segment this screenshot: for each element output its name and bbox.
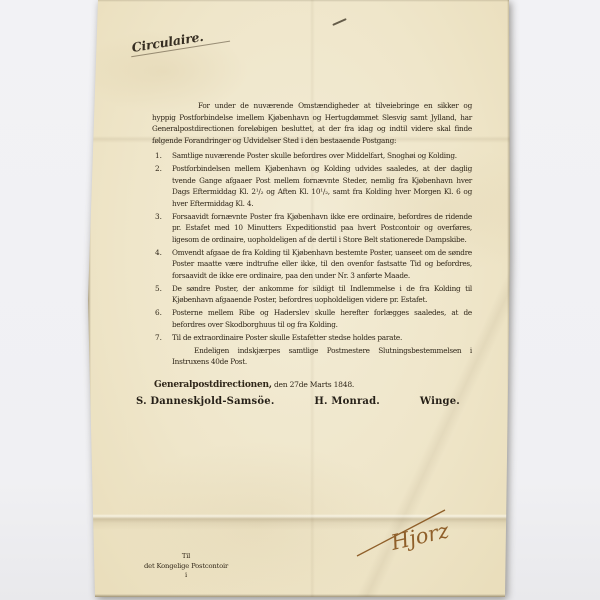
item-text: Til de extraordinaire Poster skulle Esta… (172, 333, 402, 342)
item-text: Posterne mellem Ribe og Haderslev skulle… (172, 308, 472, 329)
issue-date: den 27de Marts 1848. (272, 380, 354, 389)
list-item-7: 7. Til de extraordinaire Poster skulle E… (172, 332, 472, 344)
item-number: 3. (155, 211, 162, 223)
printed-signature-3: Winge. (420, 396, 460, 407)
paper-edge-top (88, 0, 510, 2)
paper-shadow-wrap: Circulaire. For under de nuværende Omstæ… (0, 0, 600, 600)
signature-row: S. Danneskjold-Samsöe. H. Monrad. Winge. (136, 396, 460, 407)
item-text: Samtlige nuværende Poster skulle befordr… (172, 151, 457, 160)
photo-background: Circulaire. For under de nuværende Omstæ… (0, 0, 600, 600)
item-number: 5. (155, 283, 162, 295)
handwritten-signature: Hjorz (355, 506, 481, 564)
printed-signature-1: S. Danneskjold-Samsöe. (136, 396, 275, 407)
item-number: 2. (155, 163, 162, 175)
item-text: De søndre Poster, der ankomme for sildig… (172, 284, 472, 305)
paper-edge-left (88, 0, 91, 597)
list-item-5: 5. De søndre Poster, der ankomme for sil… (172, 283, 472, 306)
list-item-6: 6. Posterne mellem Ribe og Haderslev sku… (172, 307, 472, 330)
item-number: 1. (155, 150, 162, 162)
signature-name-text: Hjorz (388, 518, 452, 555)
item-number: 4. (155, 247, 162, 259)
printed-signature-2: H. Monrad. (314, 396, 380, 407)
item-number: 6. (155, 307, 162, 319)
list-item-1: 1. Samtlige nuværende Poster skulle befo… (172, 150, 472, 162)
address-line-1: Til (121, 552, 251, 562)
document-body: For under de nuværende Omstændigheder at… (152, 100, 472, 391)
address-line-2: det Kongelige Postcontoir (121, 562, 251, 572)
intro-paragraph: For under de nuværende Omstændigheder at… (152, 100, 472, 146)
item-text: Omvendt afgaae de fra Kolding til Kjøben… (172, 248, 472, 280)
item-number: 7. (155, 332, 162, 344)
list-item-4: 4. Omvendt afgaae de fra Kolding til Kjø… (172, 247, 472, 282)
dateline: Generalpostdirectionen, den 27de Marts 1… (154, 379, 472, 392)
closing-paragraph: Endeligen indskjærpes samtlige Postmeste… (172, 345, 472, 368)
ink-mark (332, 18, 347, 26)
recipient-address: Til det Kongelige Postcontoir i (121, 552, 251, 581)
paper-edge-right (507, 0, 510, 597)
item-text: Postforbindelsen mellem Kjøbenhavn og Ko… (172, 164, 472, 208)
numbered-list: 1. Samtlige nuværende Poster skulle befo… (152, 150, 472, 343)
address-line-3: i (121, 571, 251, 581)
item-text: Forsaavidt fornævnte Poster fra Kjøbenha… (172, 212, 472, 244)
list-item-2: 2. Postforbindelsen mellem Kjøbenhavn og… (172, 163, 472, 209)
document-paper: Circulaire. For under de nuværende Omstæ… (88, 0, 510, 597)
issuing-authority: Generalpostdirectionen, (154, 380, 272, 390)
paper-edge-bottom (88, 594, 510, 597)
list-item-3: 3. Forsaavidt fornævnte Poster fra Kjøbe… (172, 211, 472, 246)
handwritten-annotation-circulaire: Circulaire. (131, 29, 205, 55)
